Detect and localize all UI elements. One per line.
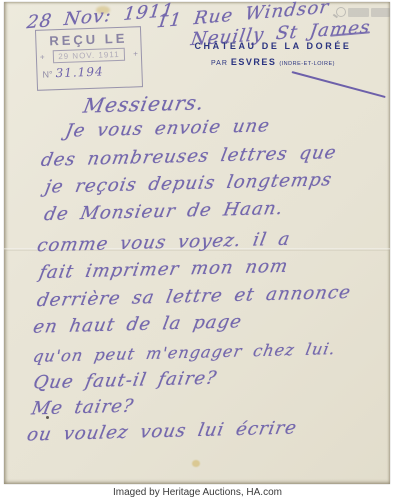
watermark — [336, 7, 390, 17]
stamp-number-row: N°31.194 — [37, 60, 142, 81]
letterhead-name: CHÂTEAU DE LA DORÉE — [188, 41, 358, 51]
magnifier-icon — [336, 7, 346, 17]
handwriting-line: Me taire? — [30, 396, 136, 420]
stamp-right-mark: + — [133, 49, 138, 58]
letterhead-location-prefix: PAR — [211, 60, 228, 67]
image-credit-caption: Imaged by Heritage Auctions, HA.com — [0, 487, 395, 498]
watermark-text-block — [371, 8, 390, 17]
stamp-number-label: N° — [42, 69, 52, 79]
salutation: Messieurs. — [81, 90, 206, 117]
letterhead-location-main: ESVRES — [231, 57, 277, 67]
auction-photo: 28 Nov: 1911 11 Rue Windsor Neuilly St J… — [0, 0, 395, 500]
letterhead: CHÂTEAU DE LA DORÉE PAR ESVRES (INDRE-ET… — [188, 41, 358, 67]
paper-stain — [192, 460, 200, 467]
letterhead-location: PAR ESVRES (INDRE-ET-LOIRE) — [188, 57, 358, 67]
receipt-stamp: REÇU LE + 29 NOV. 1911 + N°31.194 — [35, 26, 143, 91]
stamp-date: 29 NOV. 1911 — [53, 48, 125, 63]
watermark-text-block — [348, 8, 369, 17]
stamp-number-value: 31.194 — [55, 65, 103, 81]
stamp-left-mark: + — [40, 53, 45, 62]
letterhead-location-detail: (INDRE-ET-LOIRE) — [279, 61, 335, 67]
